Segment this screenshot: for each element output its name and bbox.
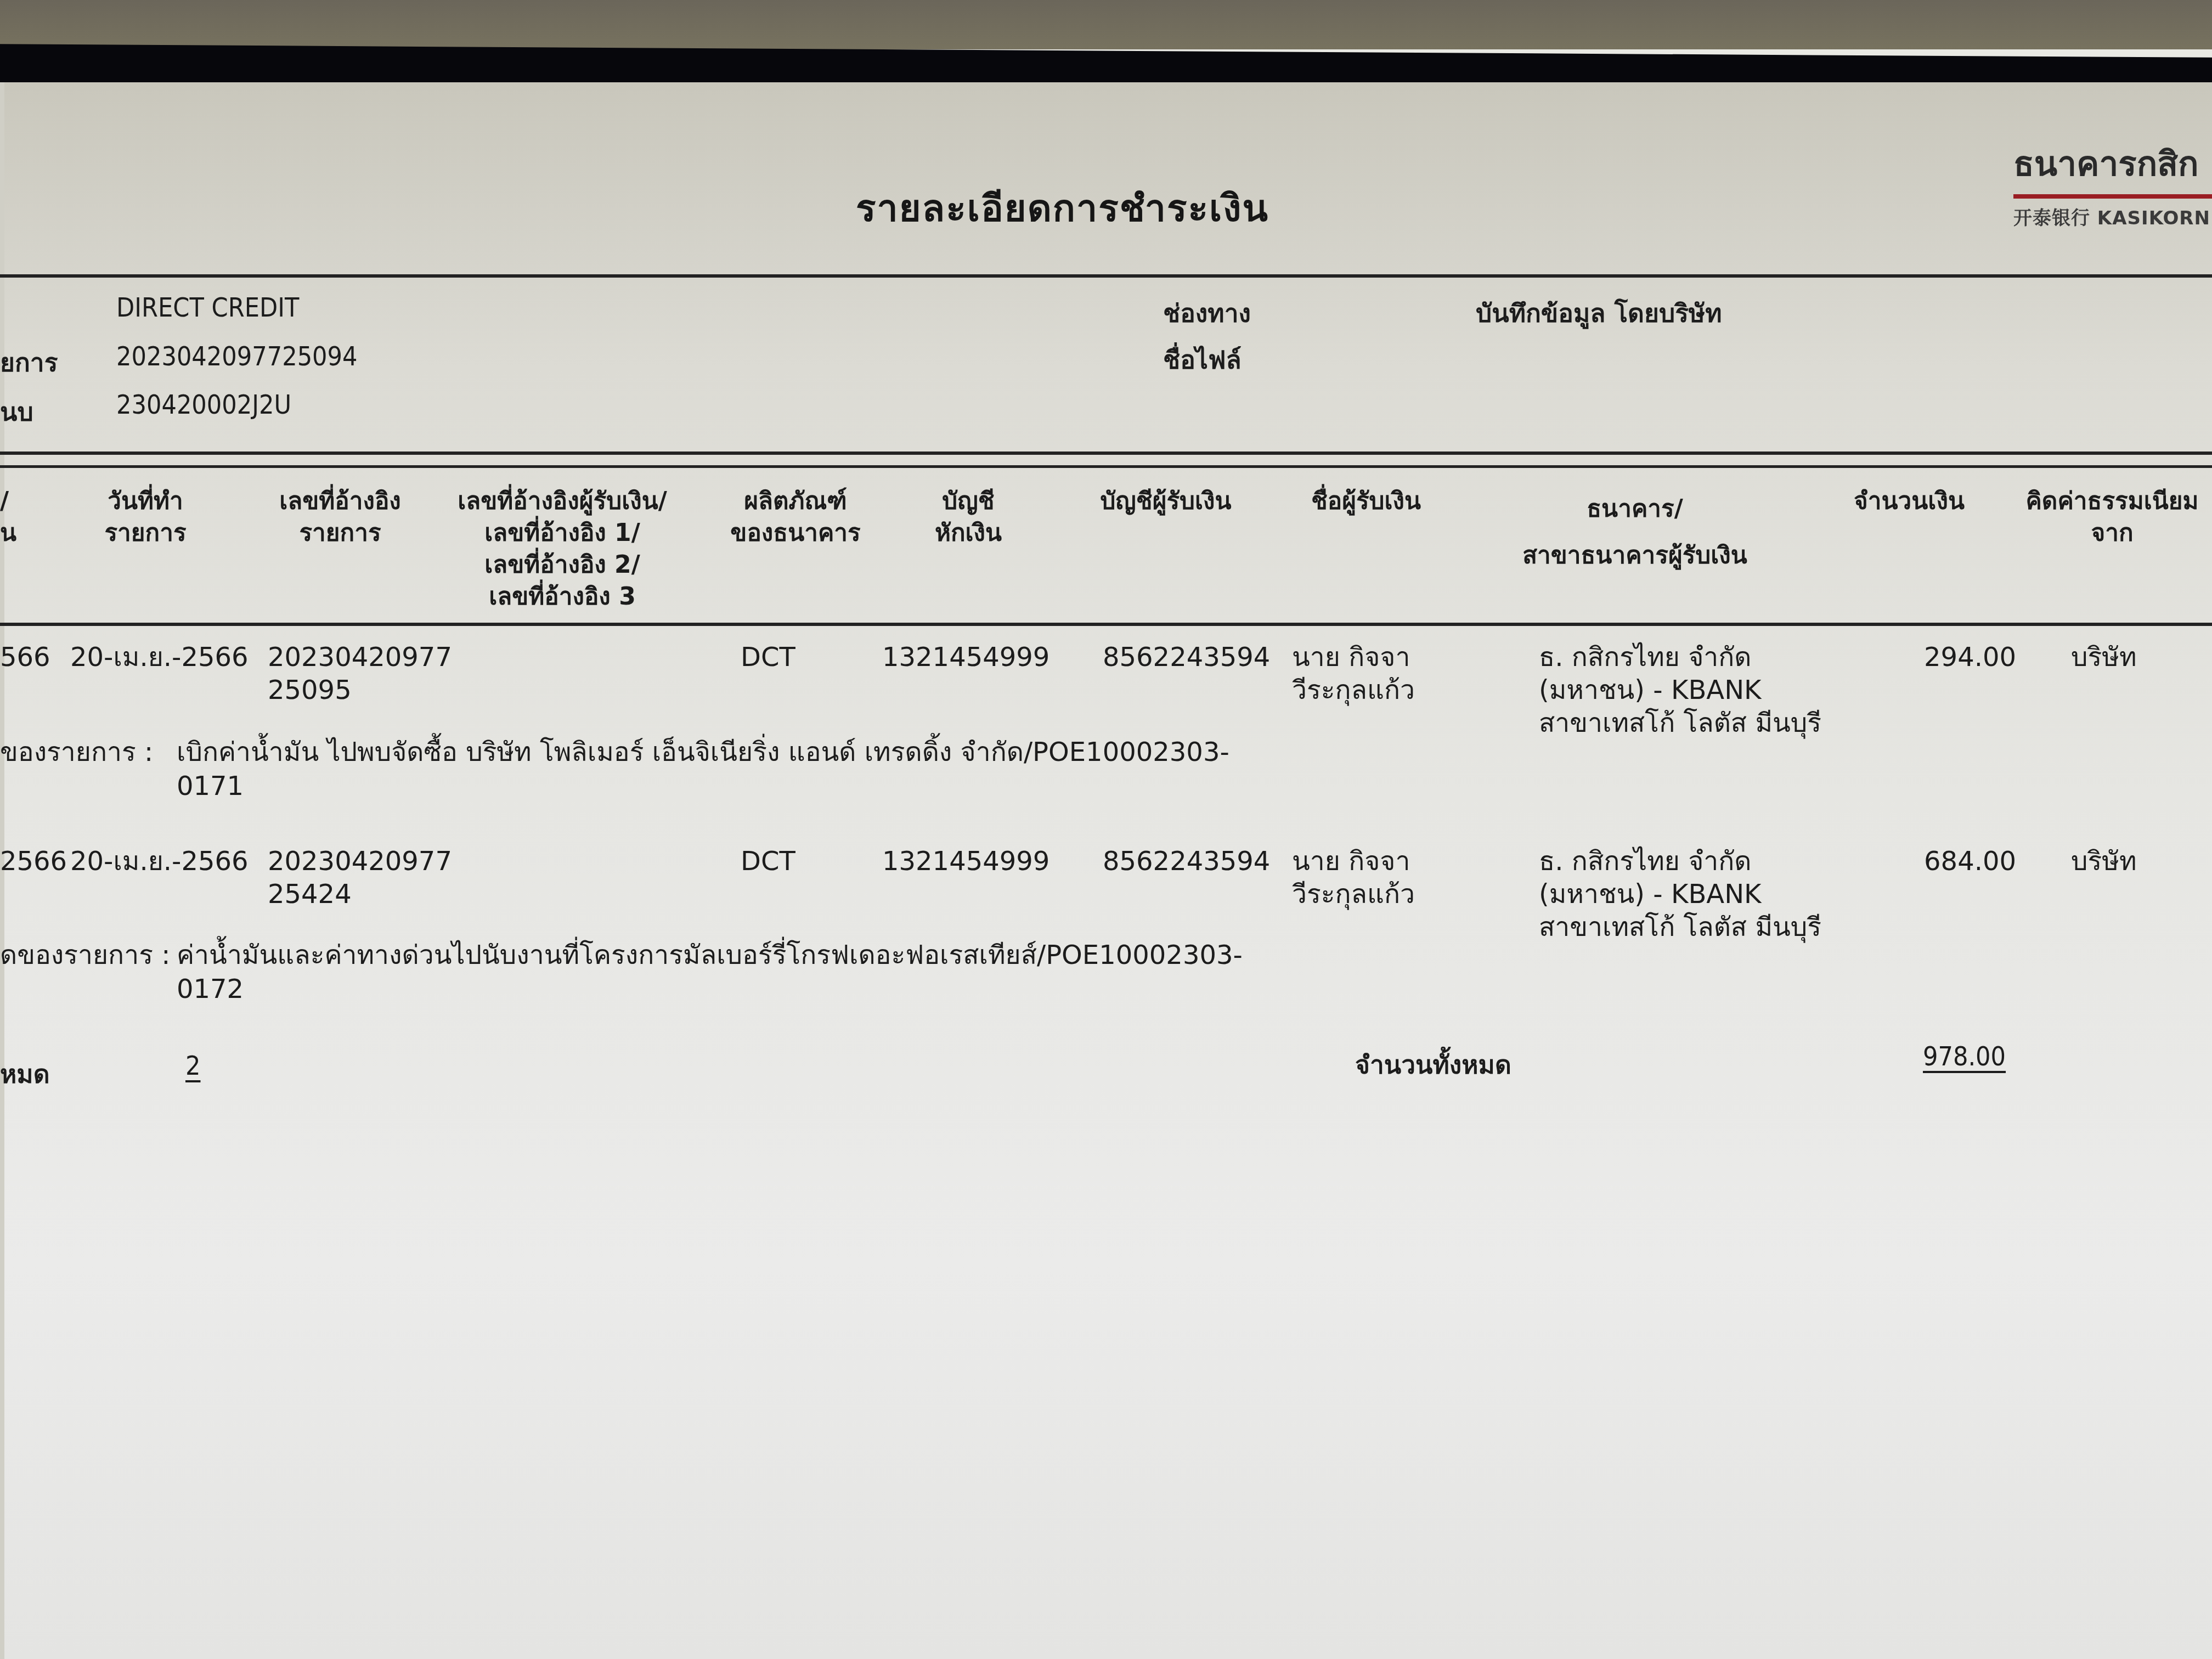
col-header-ref: เลขที่อ้างอิง รายการ (258, 486, 422, 549)
divider-header-2 (0, 465, 2212, 468)
channel-label: ช่องทาง (1163, 294, 1251, 334)
bank-logo-english: 开泰银行 KASIKORN (2013, 203, 2212, 230)
filename-label: ชื่อไฟล์ (1163, 340, 1242, 380)
cell-payee-name: นาย กิจจา วีระกุลแก้ว (1292, 641, 1468, 707)
divider-title (0, 274, 2212, 278)
cell-debit-account: 1321454999 (882, 845, 1047, 878)
cell-txn-date: 20-เม.ย.-2566 (70, 845, 251, 878)
batch-id-value: 230420002J2U (116, 390, 291, 420)
cell-amount: 684.00 (1832, 845, 2016, 878)
col-header-payee-account: บัญชีผู้รับเงิน (1070, 486, 1262, 517)
cell-payee-bank: ธ. กสิกรไทย จำกัด (มหาชน) - KBANK สาขาเท… (1539, 641, 1846, 740)
description-label: ของรายการ : (0, 735, 153, 769)
description-label: ดของรายการ : (0, 938, 170, 972)
total-count-label: หมด (0, 1054, 50, 1094)
cell-product: DCT (741, 845, 850, 878)
cell-amount: 294.00 (1832, 641, 2016, 674)
cell-txn-date: 20-เม.ย.-2566 (70, 641, 251, 674)
total-amount-label: จำนวนทั้งหมด (1355, 1045, 1511, 1085)
col-header-date: วันที่ทำ รายการ (82, 486, 208, 549)
cell-partial: 2566 (0, 845, 66, 878)
cell-partial: 566 (0, 641, 66, 674)
header-label-txn: ยการ (0, 343, 58, 383)
total-count-value: 2 (185, 1051, 200, 1081)
description-text: ค่าน้ำมันและค่าทางด่วนไปนับงานที่โครงการ… (177, 938, 1243, 1006)
page-title: รายละเอียดการชำระเงิน (856, 178, 1269, 238)
divider-table-header (0, 623, 2212, 626)
cell-payee-bank: ธ. กสิกรไทย จำกัด (มหาชน) - KBANK สาขาเท… (1539, 845, 1846, 944)
bank-logo: ธนาคารกสิก 开泰银行 KASIKORN (2013, 137, 2212, 230)
service-type-value: DIRECT CREDIT (116, 292, 299, 323)
bank-logo-rule (2013, 194, 2212, 199)
cell-payee-account: 8562243594 (1103, 641, 1267, 674)
col-header-amount: จำนวนเงิน (1838, 486, 1980, 517)
header-label-batch: นบ (0, 392, 33, 432)
cell-ref-no: 20230420977 25424 (268, 845, 449, 911)
cell-ref-no: 20230420977 25095 (268, 641, 449, 707)
cell-product: DCT (741, 641, 850, 674)
col-header-payee-bank: ธนาคาร/ สาขาธนาคารผู้รับเงิน (1492, 486, 1778, 579)
transaction-id-value: 2023042097725094 (116, 341, 358, 372)
col-header-fee-from: คิดค่าธรรมเนียม จาก (1997, 486, 2212, 549)
col-header-product: ผลิตภัณฑ์ ของธนาคาร (713, 486, 878, 549)
description-text: เบิกค่าน้ำมัน ไปพบจัดซื้อ บริษัท โพลิเมอ… (177, 735, 1229, 803)
cell-fee-from: บริษัท (2071, 641, 2208, 674)
col-header-debit-account: บัญชี หักเงิน (900, 486, 1037, 549)
cell-fee-from: บริษัท (2071, 845, 2208, 878)
cell-payee-account: 8562243594 (1103, 845, 1267, 878)
bank-logo-thai: ธนาคารกสิก (2013, 137, 2212, 191)
channel-value: บันทึกข้อมูล โดยบริษัท (1476, 294, 1722, 334)
cell-debit-account: 1321454999 (882, 641, 1047, 674)
cell-payee-name: นาย กิจจา วีระกุลแก้ว (1292, 845, 1468, 911)
photo-top-area (0, 0, 2212, 49)
col-header-payee-ref: เลขที่อ้างอิงผู้รับเงิน/ เลขที่อ้างอิง 1… (425, 486, 699, 613)
divider-header-1 (0, 452, 2212, 455)
total-amount-value: 978.00 (1923, 1041, 2006, 1072)
col-header-payee-name: ชื่อผู้รับเงิน (1284, 486, 1448, 517)
col-header-partial: / น (0, 486, 22, 549)
